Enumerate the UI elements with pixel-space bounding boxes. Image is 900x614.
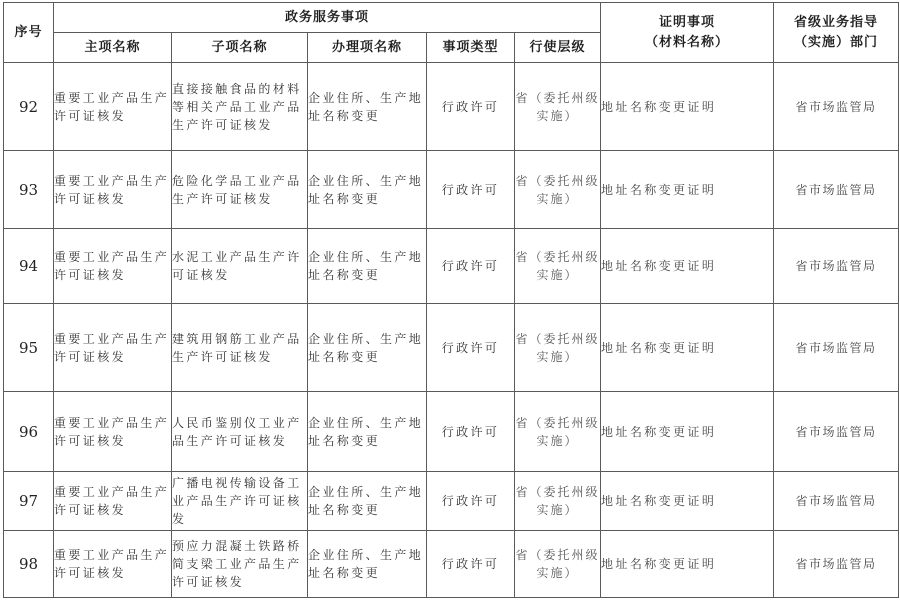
cell-sub-item: 建筑用钢筋工业产品生产许可证核发 bbox=[172, 304, 308, 392]
cell-handling-item: 企业住所、生产地址名称变更 bbox=[308, 229, 427, 304]
table-row: 94 重要工业产品生产许可证核发 水泥工业产品生产许可证核发 企业住所、生产地址… bbox=[4, 229, 899, 304]
header-seq: 序号 bbox=[4, 3, 54, 63]
cell-department: 省市场监管局 bbox=[774, 531, 899, 598]
cell-item-type: 行政许可 bbox=[427, 63, 515, 151]
cell-sub-item: 人民币鉴别仪工业产品生产许可证核发 bbox=[172, 392, 308, 472]
cell-exercise-level: 省（委托州级实施） bbox=[515, 229, 601, 304]
cell-handling-item: 企业住所、生产地址名称变更 bbox=[308, 392, 427, 472]
cell-department: 省市场监管局 bbox=[774, 151, 899, 229]
cell-main-item: 重要工业产品生产许可证核发 bbox=[54, 304, 172, 392]
cell-main-item: 重要工业产品生产许可证核发 bbox=[54, 472, 172, 531]
cell-item-type: 行政许可 bbox=[427, 229, 515, 304]
header-main-item: 主项名称 bbox=[54, 33, 172, 63]
cell-item-type: 行政许可 bbox=[427, 531, 515, 598]
cell-item-type: 行政许可 bbox=[427, 392, 515, 472]
cell-item-type: 行政许可 bbox=[427, 304, 515, 392]
cell-handling-item: 企业住所、生产地址名称变更 bbox=[308, 304, 427, 392]
header-exercise-level: 行使层级 bbox=[515, 33, 601, 63]
cell-exercise-level: 省（委托州级实施） bbox=[515, 531, 601, 598]
cell-main-item: 重要工业产品生产许可证核发 bbox=[54, 151, 172, 229]
cell-seq: 98 bbox=[4, 531, 54, 598]
cell-sub-item: 预应力混凝土铁路桥简支梁工业产品生产许可证核发 bbox=[172, 531, 308, 598]
header-sub-item: 子项名称 bbox=[172, 33, 308, 63]
cell-seq: 96 bbox=[4, 392, 54, 472]
cell-seq: 94 bbox=[4, 229, 54, 304]
cell-main-item: 重要工业产品生产许可证核发 bbox=[54, 229, 172, 304]
cell-seq: 92 bbox=[4, 63, 54, 151]
header-handling-item: 办理项名称 bbox=[308, 33, 427, 63]
header-department-line2: （实施）部门 bbox=[774, 33, 898, 53]
cell-exercise-level: 省（委托州级实施） bbox=[515, 151, 601, 229]
cell-sub-item: 危险化学品工业产品生产许可证核发 bbox=[172, 151, 308, 229]
table-header: 序号 政务服务事项 证明事项 （材料名称） 省级业务指导 （实施）部门 主项名称… bbox=[4, 3, 899, 63]
cell-handling-item: 企业住所、生产地址名称变更 bbox=[308, 151, 427, 229]
cell-item-type: 行政许可 bbox=[427, 151, 515, 229]
cell-seq: 97 bbox=[4, 472, 54, 531]
cell-exercise-level: 省（委托州级实施） bbox=[515, 304, 601, 392]
header-department: 省级业务指导 （实施）部门 bbox=[774, 3, 899, 63]
cell-certificate: 地址名称变更证明 bbox=[601, 472, 774, 531]
cell-exercise-level: 省（委托州级实施） bbox=[515, 63, 601, 151]
cell-department: 省市场监管局 bbox=[774, 229, 899, 304]
cell-sub-item: 广播电视传输设备工业产品生产许可证核发 bbox=[172, 472, 308, 531]
header-certificate-line1: 证明事项 bbox=[601, 13, 773, 33]
cell-department: 省市场监管局 bbox=[774, 63, 899, 151]
cell-seq: 93 bbox=[4, 151, 54, 229]
cell-exercise-level: 省（委托州级实施） bbox=[515, 472, 601, 531]
table-row: 98 重要工业产品生产许可证核发 预应力混凝土铁路桥简支梁工业产品生产许可证核发… bbox=[4, 531, 899, 598]
header-item-type: 事项类型 bbox=[427, 33, 515, 63]
cell-certificate: 地址名称变更证明 bbox=[601, 151, 774, 229]
cell-exercise-level: 省（委托州级实施） bbox=[515, 392, 601, 472]
cell-certificate: 地址名称变更证明 bbox=[601, 63, 774, 151]
table-row: 97 重要工业产品生产许可证核发 广播电视传输设备工业产品生产许可证核发 企业住… bbox=[4, 472, 899, 531]
table-body: 92 重要工业产品生产许可证核发 直接接触食品的材料等相关产品工业产品生产许可证… bbox=[4, 63, 899, 598]
cell-handling-item: 企业住所、生产地址名称变更 bbox=[308, 531, 427, 598]
government-services-table: 序号 政务服务事项 证明事项 （材料名称） 省级业务指导 （实施）部门 主项名称… bbox=[3, 2, 899, 598]
cell-handling-item: 企业住所、生产地址名称变更 bbox=[308, 472, 427, 531]
table-row: 92 重要工业产品生产许可证核发 直接接触食品的材料等相关产品工业产品生产许可证… bbox=[4, 63, 899, 151]
header-certificate-line2: （材料名称） bbox=[601, 33, 773, 53]
cell-sub-item: 直接接触食品的材料等相关产品工业产品生产许可证核发 bbox=[172, 63, 308, 151]
table-row: 95 重要工业产品生产许可证核发 建筑用钢筋工业产品生产许可证核发 企业住所、生… bbox=[4, 304, 899, 392]
cell-handling-item: 企业住所、生产地址名称变更 bbox=[308, 63, 427, 151]
table-row: 93 重要工业产品生产许可证核发 危险化学品工业产品生产许可证核发 企业住所、生… bbox=[4, 151, 899, 229]
cell-certificate: 地址名称变更证明 bbox=[601, 304, 774, 392]
cell-item-type: 行政许可 bbox=[427, 472, 515, 531]
cell-certificate: 地址名称变更证明 bbox=[601, 229, 774, 304]
cell-department: 省市场监管局 bbox=[774, 472, 899, 531]
cell-certificate: 地址名称变更证明 bbox=[601, 392, 774, 472]
cell-seq: 95 bbox=[4, 304, 54, 392]
cell-department: 省市场监管局 bbox=[774, 392, 899, 472]
header-group-services: 政务服务事项 bbox=[54, 3, 601, 33]
header-certificate: 证明事项 （材料名称） bbox=[601, 3, 774, 63]
header-department-line1: 省级业务指导 bbox=[774, 13, 898, 33]
header-row-top: 序号 政务服务事项 证明事项 （材料名称） 省级业务指导 （实施）部门 bbox=[4, 3, 899, 33]
cell-certificate: 地址名称变更证明 bbox=[601, 531, 774, 598]
cell-main-item: 重要工业产品生产许可证核发 bbox=[54, 531, 172, 598]
table-row: 96 重要工业产品生产许可证核发 人民币鉴别仪工业产品生产许可证核发 企业住所、… bbox=[4, 392, 899, 472]
cell-main-item: 重要工业产品生产许可证核发 bbox=[54, 63, 172, 151]
cell-sub-item: 水泥工业产品生产许可证核发 bbox=[172, 229, 308, 304]
cell-department: 省市场监管局 bbox=[774, 304, 899, 392]
cell-main-item: 重要工业产品生产许可证核发 bbox=[54, 392, 172, 472]
